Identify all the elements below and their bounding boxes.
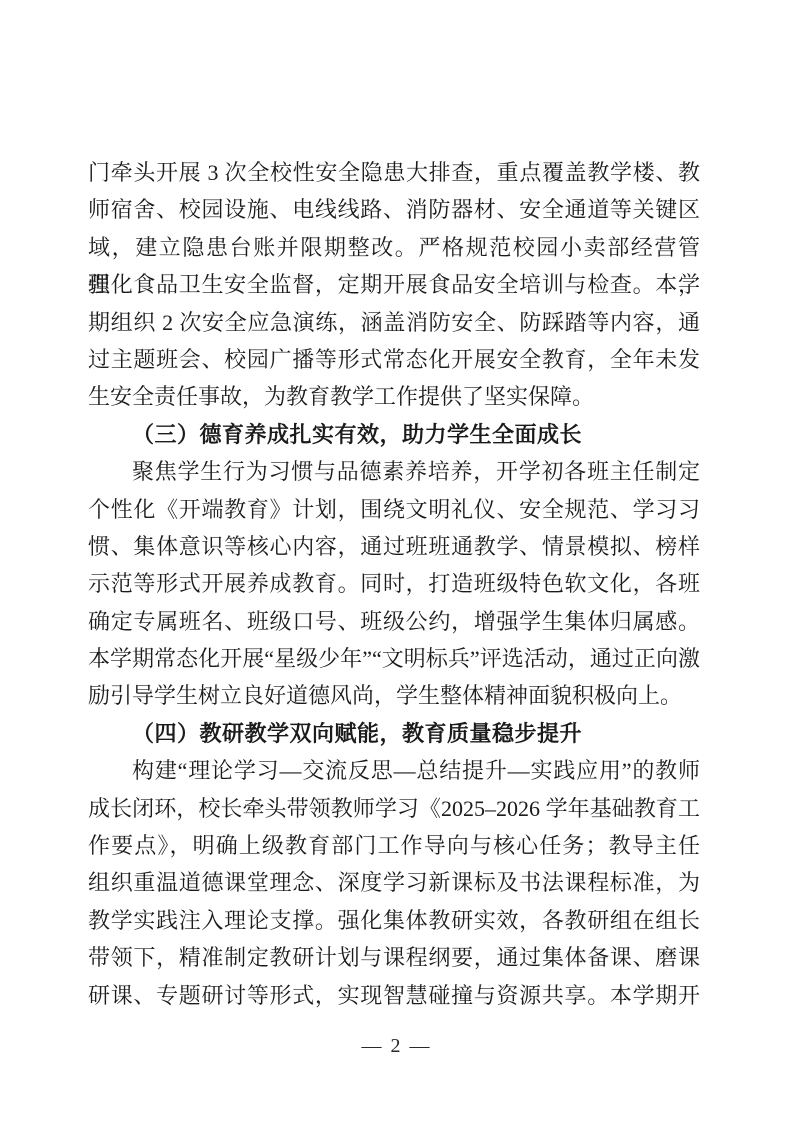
section-heading: （四）教研教学双向赋能，教育质量稳步提升 — [88, 715, 700, 752]
text-line: 作要点》，明确上级教育部门工作导向与核心任务；教导主任 — [88, 827, 700, 864]
text-line: 域，建立隐患台账并限期整改。严格规范校园小卖部经营管理， — [88, 229, 700, 266]
text-line: 本学期常态化开展“星级少年”“文明标兵”评选活动，通过正向激 — [88, 640, 700, 677]
text-line: 过主题班会、校园广播等形式常态化开展安全教育，全年未发 — [88, 341, 700, 378]
text-line: 构建“理论学习—交流反思—总结提升—实践应用”的教师 — [88, 752, 700, 789]
page-number: — 2 — — [362, 1035, 432, 1057]
text-line: 强化食品卫生安全监督，定期开展食品安全培训与检查。本学 — [88, 266, 700, 303]
text-line: 个性化《开端教育》计划，围绕文明礼仪、安全规范、学习习 — [88, 491, 700, 528]
text-line: 带领下，精准制定教研计划与课程纲要，通过集体备课、磨课 — [88, 939, 700, 976]
page-footer: — 2 — — [0, 1032, 793, 1060]
text-line: 聚焦学生行为习惯与品德素养培养，开学初各班主任制定 — [88, 453, 700, 490]
text-line: 成长闭环，校长牵头带领教师学习《2025–2026 学年基础教育工 — [88, 790, 700, 827]
document-page: 门牵头开展 3 次全校性安全隐患大排查，重点覆盖教学楼、教师宿舍、校园设施、电线… — [0, 0, 793, 1122]
text-line: 生安全责任事故，为教育教学工作提供了坚实保障。 — [88, 378, 700, 415]
text-line: 组织重温道德课堂理念、深度学习新课标及书法课程标准，为 — [88, 864, 700, 901]
text-line: 示范等形式开展养成教育。同时，打造班级特色软文化，各班 — [88, 565, 700, 602]
text-block: 门牵头开展 3 次全校性安全隐患大排查，重点覆盖教学楼、教师宿舍、校园设施、电线… — [88, 154, 700, 1014]
text-line: 期组织 2 次安全应急演练，涵盖消防安全、防踩踏等内容，通 — [88, 304, 700, 341]
text-line: 确定专属班名、班级口号、班级公约，增强学生集体归属感。 — [88, 603, 700, 640]
text-line: 门牵头开展 3 次全校性安全隐患大排查，重点覆盖教学楼、教 — [88, 154, 700, 191]
text-line: 研课、专题研讨等形式，实现智慧碰撞与资源共享。本学期开 — [88, 977, 700, 1014]
text-line: 励引导学生树立良好道德风尚，学生整体精神面貌积极向上。 — [88, 677, 700, 714]
text-line: 师宿舍、校园设施、电线线路、消防器材、安全通道等关键区 — [88, 191, 700, 228]
text-line: 教学实践注入理论支撑。强化集体教研实效，各教研组在组长 — [88, 902, 700, 939]
section-heading: （三）德育养成扎实有效，助力学生全面成长 — [88, 416, 700, 453]
text-line: 惯、集体意识等核心内容，通过班班通教学、情景模拟、榜样 — [88, 528, 700, 565]
